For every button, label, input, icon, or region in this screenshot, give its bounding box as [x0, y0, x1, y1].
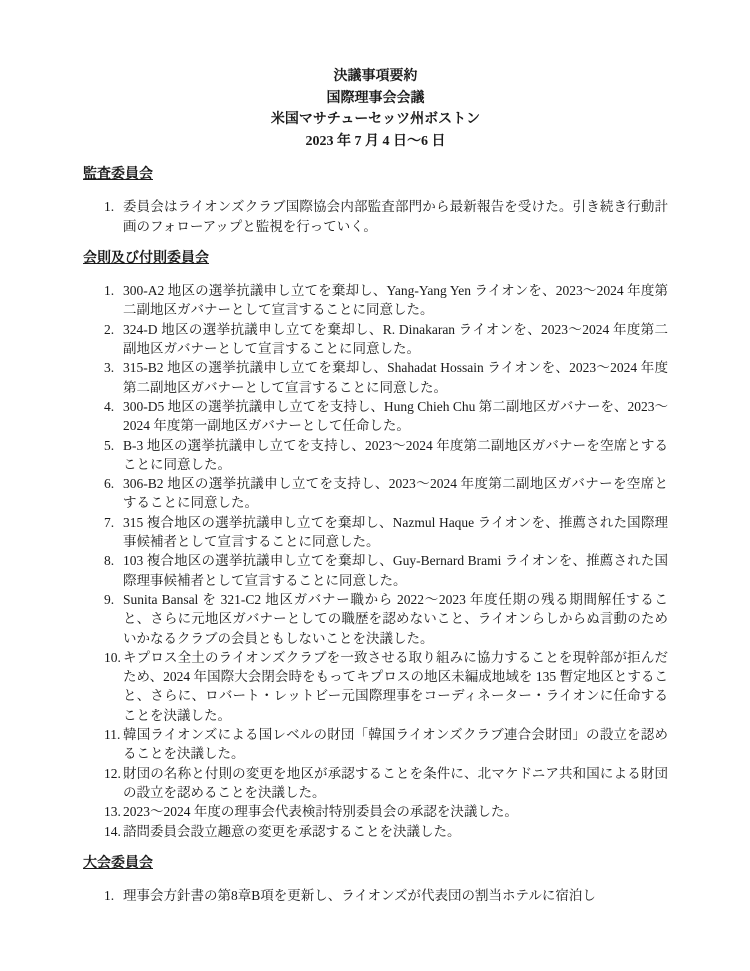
constitution-resolution-list: 300-A2 地区の選挙抗議申し立てを棄却し、Yang-Yang Yen ライオ… [83, 281, 668, 841]
list-item: 300-A2 地区の選挙抗議申し立てを棄却し、Yang-Yang Yen ライオ… [123, 281, 668, 320]
list-item: 理事会方針書の第8章B項を更新し、ライオンズが代表団の割当ホテルに宿泊し [123, 886, 668, 905]
list-item: 324-D 地区の選挙抗議申し立てを棄却し、R. Dinakaran ライオンを… [123, 320, 668, 359]
title-line-meeting: 国際理事会会議 [83, 88, 668, 110]
document-page: 決議事項要約 国際理事会会議 米国マサチューセッツ州ボストン 2023 年 7 … [0, 0, 750, 971]
section-constitution-bylaws-committee: 会則及び付則委員会 300-A2 地区の選挙抗議申し立てを棄却し、Yang-Ya… [83, 249, 668, 841]
list-item: キプロス全土のライオンズクラブを一致させる取り組みに協力することを現幹部が拒んだ… [123, 648, 668, 725]
section-convention-committee: 大会委員会 理事会方針書の第8章B項を更新し、ライオンズが代表団の割当ホテルに宿… [83, 854, 668, 906]
list-item: 315-B2 地区の選挙抗議申し立てを棄却し、Shahadat Hossain … [123, 358, 668, 397]
title-line-location: 米国マサチューセッツ州ボストン [83, 109, 668, 131]
list-item: 財団の名称と付則の変更を地区が承認することを条件に、北マケドニア共和国による財団… [123, 764, 668, 803]
section-audit-committee: 監査委員会 委員会はライオンズクラブ国際協会内部監査部門から最新報告を受けた。引… [83, 165, 668, 236]
list-item: Sunita Bansal を 321-C2 地区ガバナー職から 2022～20… [123, 590, 668, 648]
title-line-date: 2023 年 7 月 4 日～6 日 [83, 131, 668, 153]
list-item: 103 複合地区の選挙抗議申し立てを棄却し、Guy-Bernard Brami … [123, 551, 668, 590]
list-item: B-3 地区の選挙抗議申し立てを支持し、2023～2024 年度第二副地区ガバナ… [123, 436, 668, 475]
list-item: 300-D5 地区の選挙抗議申し立てを支持し、Hung Chieh Chu 第二… [123, 397, 668, 436]
list-item: 韓国ライオンズによる国レベルの財団「韓国ライオンズクラブ連合会財団」の設立を認め… [123, 725, 668, 764]
title-line-summary: 決議事項要約 [83, 66, 668, 88]
document-title: 決議事項要約 国際理事会会議 米国マサチューセッツ州ボストン 2023 年 7 … [83, 66, 668, 152]
section-heading-convention: 大会委員会 [83, 854, 668, 873]
list-item: 諮問委員会設立趣意の変更を承認することを決議した。 [123, 822, 668, 841]
section-heading-audit: 監査委員会 [83, 165, 668, 184]
convention-resolution-list: 理事会方針書の第8章B項を更新し、ライオンズが代表団の割当ホテルに宿泊し [83, 886, 668, 905]
list-item: 306-B2 地区の選挙抗議申し立てを支持し、2023～2024 年度第二副地区… [123, 474, 668, 513]
section-heading-constitution-bylaws: 会則及び付則委員会 [83, 249, 668, 268]
list-item: 315 複合地区の選挙抗議申し立てを棄却し、Nazmul Haque ライオンを… [123, 513, 668, 552]
audit-resolution-list: 委員会はライオンズクラブ国際協会内部監査部門から最新報告を受けた。引き続き行動計… [83, 197, 668, 236]
list-item: 2023～2024 年度の理事会代表検討特別委員会の承認を決議した。 [123, 802, 668, 821]
list-item: 委員会はライオンズクラブ国際協会内部監査部門から最新報告を受けた。引き続き行動計… [123, 197, 668, 236]
